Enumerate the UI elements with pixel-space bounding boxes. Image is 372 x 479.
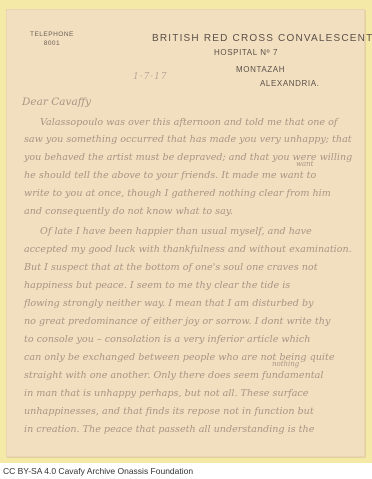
hospital-name: HOSPITAL Nº 7 xyxy=(214,48,278,57)
letter-line: in man that is unhappy perhaps, but not … xyxy=(24,388,308,399)
letter-line: unhappinesses, and that finds its repose… xyxy=(24,406,314,417)
letter-line: accepted my good luck with thankfulness … xyxy=(24,244,352,255)
letter-line: But I suspect that at the bottom of one'… xyxy=(24,262,318,273)
letter-line: to console you – consolation is a very i… xyxy=(24,334,310,345)
letter-line: he should tell the above to your friends… xyxy=(24,170,316,181)
letter-line: and consequently do not know what to say… xyxy=(24,206,233,217)
city-name: ALEXANDRIA. xyxy=(260,79,320,88)
letter-line: straight with one another. Only there do… xyxy=(24,370,323,381)
insertion-want: want xyxy=(296,160,314,168)
license-caption: CC BY-SA 4.0 Cavafy Archive Onassis Foun… xyxy=(3,466,193,476)
letter-date: 1·7·17 xyxy=(133,72,168,82)
location-name: MONTAZAH xyxy=(236,65,285,74)
letter-line: write to you at once, though I gathered … xyxy=(24,188,331,199)
salutation: Dear Cavaffy xyxy=(22,96,91,108)
letter-line: saw you something occurred that has made… xyxy=(24,134,352,145)
telephone-label: TELEPHONE xyxy=(30,30,74,39)
letter-line: no great predominance of either joy or s… xyxy=(24,316,330,327)
telephone-block: TELEPHONE 8001 xyxy=(30,30,74,48)
telephone-number: 8001 xyxy=(30,39,74,48)
letter-line: Of late I have been happier than usual m… xyxy=(40,226,312,237)
insertion-nothing: nothing xyxy=(272,360,299,368)
organization-name: BRITISH RED CROSS CONVALESCENT xyxy=(152,33,372,44)
letter-line: happiness but peace. I seem to me thy cl… xyxy=(24,280,290,291)
letter-line: flowing strongly neither way. I mean tha… xyxy=(24,298,314,309)
letter-line: Valassopoulo was over this afternoon and… xyxy=(40,117,350,128)
letter-line: in creation. The peace that passeth all … xyxy=(24,424,314,435)
